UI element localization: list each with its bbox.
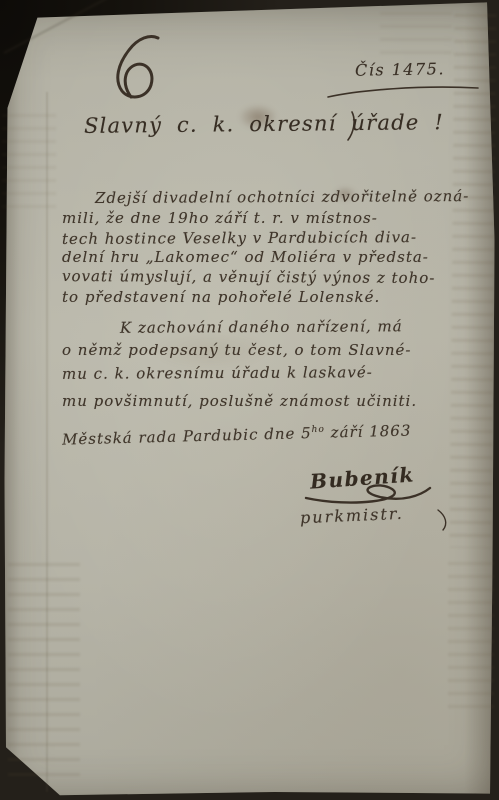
body-line: mili, že dne 19ho září t. r. v místnos-	[62, 209, 378, 227]
dateline-superscript: ho	[311, 425, 324, 435]
dateline-suffix: září 1863	[325, 421, 412, 441]
body-line: o němž podepsaný tu čest, o tom Slavné-	[62, 341, 411, 359]
body-line: mu povšimnutí, poslušně známost učiniti.	[62, 392, 417, 410]
photographed-letter: Čís 1475. Slavný c. k. okresní úřade ! Z…	[0, 0, 499, 800]
body-line: tech hostince Veselky v Pardubicích diva…	[62, 228, 417, 248]
body-line: to představení na pohořelé Lolenské.	[62, 288, 380, 306]
body-line: vovati úmyslují, a věnují čistý výnos z …	[62, 267, 435, 287]
body-line: Zdejší divadelní ochotníci zdvořitelně o…	[95, 187, 469, 207]
body-line: delní hru „Lakomec“ od Moliéra v předsta…	[62, 248, 429, 266]
paper-crease	[46, 92, 48, 792]
salutation: Slavný c. k. okresní úřade !	[84, 110, 444, 138]
body-line: mu c. k. okresnímu úřadu k laskavé-	[62, 363, 373, 383]
body-line: K zachování daného nařízení, má	[120, 317, 403, 336]
document-number: Čís 1475.	[355, 59, 445, 80]
